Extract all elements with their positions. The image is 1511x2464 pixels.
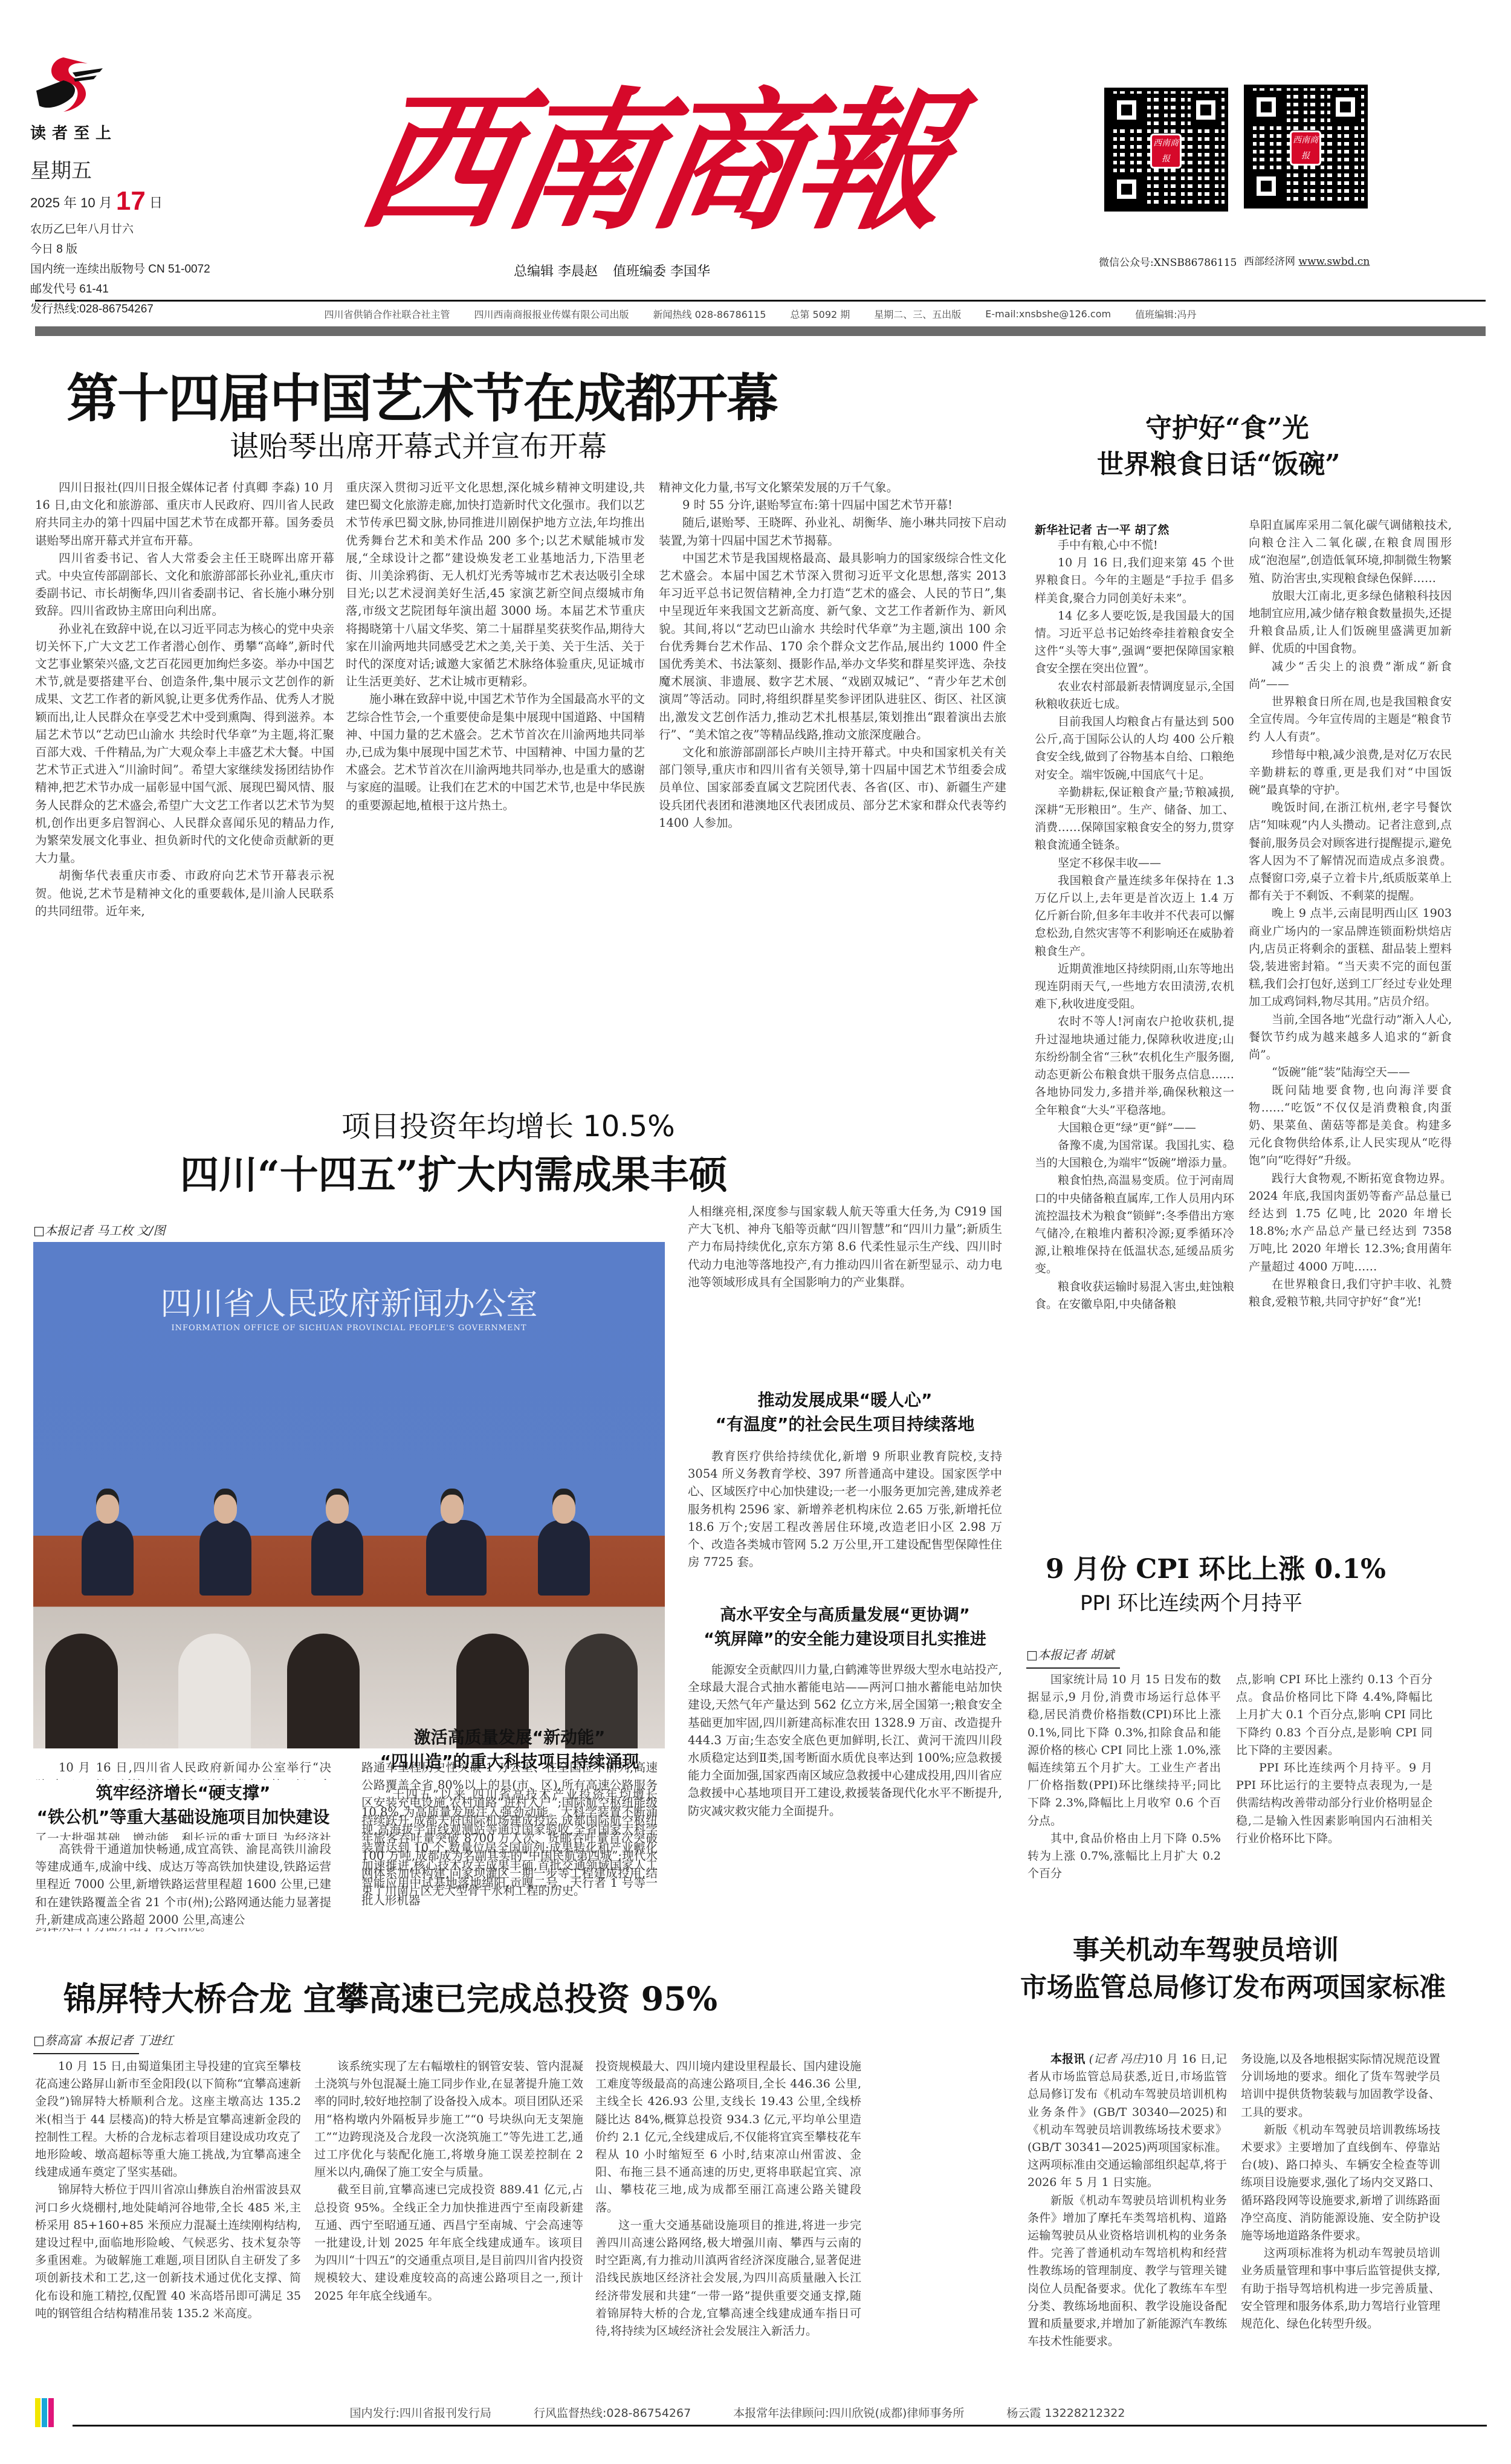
kicker-invest: 项目投资年均增长 10.5% [341, 1103, 675, 1145]
cpi-column-1: 国家统计局 10 月 15 日发布的数据显示,9 月份,消费市场运行总体平稳,居… [1027, 1671, 1221, 1901]
subhead-art-festival: 谌贻琴出席开幕式并宣布开幕 [230, 423, 607, 465]
subhead-infrastructure-2: “铁公机”等重大基础设施项目加快建设 [35, 1804, 331, 1828]
byline-grain: 新华社记者 古一平 胡了然 [1035, 521, 1169, 537]
footer-info: 国内发行:四川省报刊发行局 行风监督热线:028-86754267 本报常年法律… [73, 2404, 1402, 2420]
bridge-column-1: 10 月 15 日,由蜀道集团主导投建的宜宾至攀枝花高速公路屏山新市至金阳段(以… [35, 2058, 301, 2387]
subhead-momentum-1: 激活高质量发展“新动能” [361, 1724, 658, 1748]
color-bar [48, 2398, 54, 2427]
subhead-security-2: “筑屏障”的安全能力建设项目扎实推进 [688, 1626, 1002, 1649]
grain-column-1: 手中有粮,心中不慌! 10 月 16 日,我们迎来第 45 个世界粮食日。今年的… [1035, 537, 1234, 1461]
postal-code: 邮发代号 61-41 [30, 280, 248, 296]
headline-invest[interactable]: 四川“十四五”扩大内需成果丰硕 [180, 1144, 728, 1200]
newspaper-title: 西南商報 [349, 82, 1072, 242]
subhead-cpi: PPI 环比连续两个月持平 [1080, 1586, 1302, 1616]
photo-backdrop-title: 四川省人民政府新闻办公室 [33, 1278, 665, 1324]
duty-editor: 值班编委 李国华 [613, 264, 710, 279]
lunar-date: 农历乙巳年八月廿六 [30, 220, 248, 236]
website-link[interactable]: www.swbd.cn [1298, 256, 1370, 268]
subhead-livelihood-1: 推动发展成果“暖人心” [688, 1387, 1002, 1411]
speaker [199, 1520, 251, 1596]
issue-date: 2025 年 10 月 17 日 [30, 186, 248, 216]
byline-invest: □本报记者 马工枚 文/图 [33, 1221, 209, 1244]
subhead-security-1: 高水平安全与高质量发展“更协调” [688, 1602, 1002, 1625]
driver-column-2: 务设施,以及各地根据实际情况规范设置分训场地的要求。细化了货车驾驶学员培训中提供… [1241, 2051, 1440, 2389]
page-count: 今日 8 版 [30, 240, 248, 256]
weekday: 星期五 [30, 154, 248, 184]
headline-cpi[interactable]: 9 月份 CPI 环比上涨 0.1% [1046, 1547, 1386, 1586]
masthead-rule [35, 300, 1486, 302]
headline-bridge[interactable]: 锦屏特大桥合龙 宜攀高速已完成总投资 95% [63, 1973, 717, 2020]
headline-art-festival[interactable]: 第十四届中国艺术节在成都开幕 [66, 357, 777, 432]
headline-driver-2[interactable]: 市场监管总局修订发布两项国家标准 [1020, 1965, 1446, 2004]
invest-column-2b: “十四五”以来,四川省高技术产业投资年均增长 10.8%,为高质量发展注入强劲动… [361, 1786, 658, 1926]
newspaper-logo-icon [30, 45, 115, 118]
issue-info: 读者至上 星期五 2025 年 10 月 17 日 农历乙巳年八月廿六 今日 8… [30, 121, 248, 316]
art-column-1: 四川日报社(四川日报全媒体记者 付真卿 李淼) 10 月 16 日,由文化和旅游… [35, 479, 334, 1059]
press-conference-photo: 四川省人民政府新闻办公室 INFORMATION OFFICE OF SICHU… [33, 1242, 665, 1748]
headline-grain-1[interactable]: 守护好“食”光 [1145, 406, 1309, 445]
speaker [82, 1520, 134, 1596]
bridge-column-3: 投资规模最大、四川境内建设里程最长、国内建设施工难度等级最高的高速公路项目,全长… [595, 2058, 861, 2387]
website-qr-code[interactable]: 西南商报 [1244, 85, 1368, 209]
lead-label: 本报讯 [1050, 2052, 1085, 2066]
invest-column-3: 人相继亮相,深度参与国家载人航天等重大任务,为 C919 国产大飞机、神舟飞船等… [688, 1203, 1002, 1384]
editors-line: 总编辑 李晨赵 值班编委 李国华 [514, 261, 721, 280]
byline-cpi: □本报记者 胡斌 [1026, 1645, 1120, 1669]
bridge-column-2: 该系统实现了左右幅墩柱的钢管安装、管内混凝土浇筑与外包混凝土施工同步作业,在显著… [314, 2058, 583, 2387]
speaker [311, 1520, 363, 1596]
cn-number: 国内统一连续出版物号 CN 51-0072 [30, 260, 248, 276]
headline-driver-1[interactable]: 事关机动车驾驶员培训 [1073, 1928, 1339, 1967]
invest-column-3b: 教育医疗供给持续优化,新增 9 所职业教育院校,支持 3054 所义务教育学校、… [688, 1447, 1002, 1593]
subhead-infrastructure-1: 筑牢经济增长“硬支撑” [35, 1780, 331, 1804]
qr-logo-icon: 西南商报 [1290, 131, 1321, 166]
subhead-momentum-2: “四川造”的重大科技项目持续涌现 [361, 1748, 658, 1773]
byline-bridge: □蔡高富 本报记者 丁进红 [33, 2031, 139, 2054]
invest-column-3c: 能源安全贡献四川力量,白鹤滩等世界级大型水电站投产,全球最大混合式抽水蓄能电站—… [688, 1661, 1002, 1927]
photo-backdrop-subtitle: INFORMATION OFFICE OF SICHUAN PROVINCIAL… [33, 1324, 665, 1333]
email-link[interactable]: E-mail:xnsbshe@126.com [985, 308, 1111, 320]
color-bar [42, 2398, 47, 2427]
wechat-caption: 微信公众号:XNSB86786115 [1099, 254, 1237, 269]
speaker [426, 1520, 487, 1596]
issue-day: 17 [116, 186, 146, 216]
invest-column-1b: 高铁骨干通道加快畅通,成宜高铁、渝昆高铁川渝段等建成通车,成渝中线、成达万等高铁… [35, 1840, 331, 1928]
color-bar [35, 2398, 40, 2427]
art-column-2: 重庆深入贯彻习近平文化思想,深化城乡精神文明建设,共建巴蜀文化旅游走廊,加快打造… [346, 479, 645, 1059]
wechat-qr-code[interactable]: 西南商报 [1104, 88, 1228, 212]
qr-logo-icon: 西南商报 [1150, 134, 1182, 169]
driver-column-1: 本报讯 (记者 冯庄)10 月 16 日,记者从市场监管总局获悉,近日,市场监管… [1027, 2051, 1227, 2389]
editor-in-chief: 总编辑 李晨赵 [514, 264, 598, 279]
art-column-3: 精神文化力量,书写文化繁荣发展的万千气象。 9 时 55 分许,谌贻琴宣布:第十… [659, 479, 1006, 1059]
publication-info-bar: 四川省供销合作社联合社主管 四川西南商报报业传媒有限公司出版 新闻热线 028-… [35, 302, 1486, 325]
subhead-livelihood-2: “有温度”的社会民生项目持续落地 [688, 1411, 1002, 1435]
grain-column-2: 阜阳直属库采用二氧化碳气调储粮技术,向粮仓注入二氧化碳,在粮食周围形成“泡泡屋”… [1249, 517, 1452, 1484]
headline-grain-2[interactable]: 世界粮食日话“饭碗” [1097, 442, 1341, 481]
motto: 读者至上 [30, 121, 248, 143]
footer-rule [73, 2425, 1487, 2427]
website-caption: 西部经济网 www.swbd.cn [1244, 253, 1370, 268]
speaker [538, 1520, 590, 1596]
gray-divider [35, 326, 1486, 336]
cpi-column-2: 点,影响 CPI 环比上涨约 0.13 个百分点。食品价格同比下降 4.4%,降… [1236, 1671, 1432, 1901]
